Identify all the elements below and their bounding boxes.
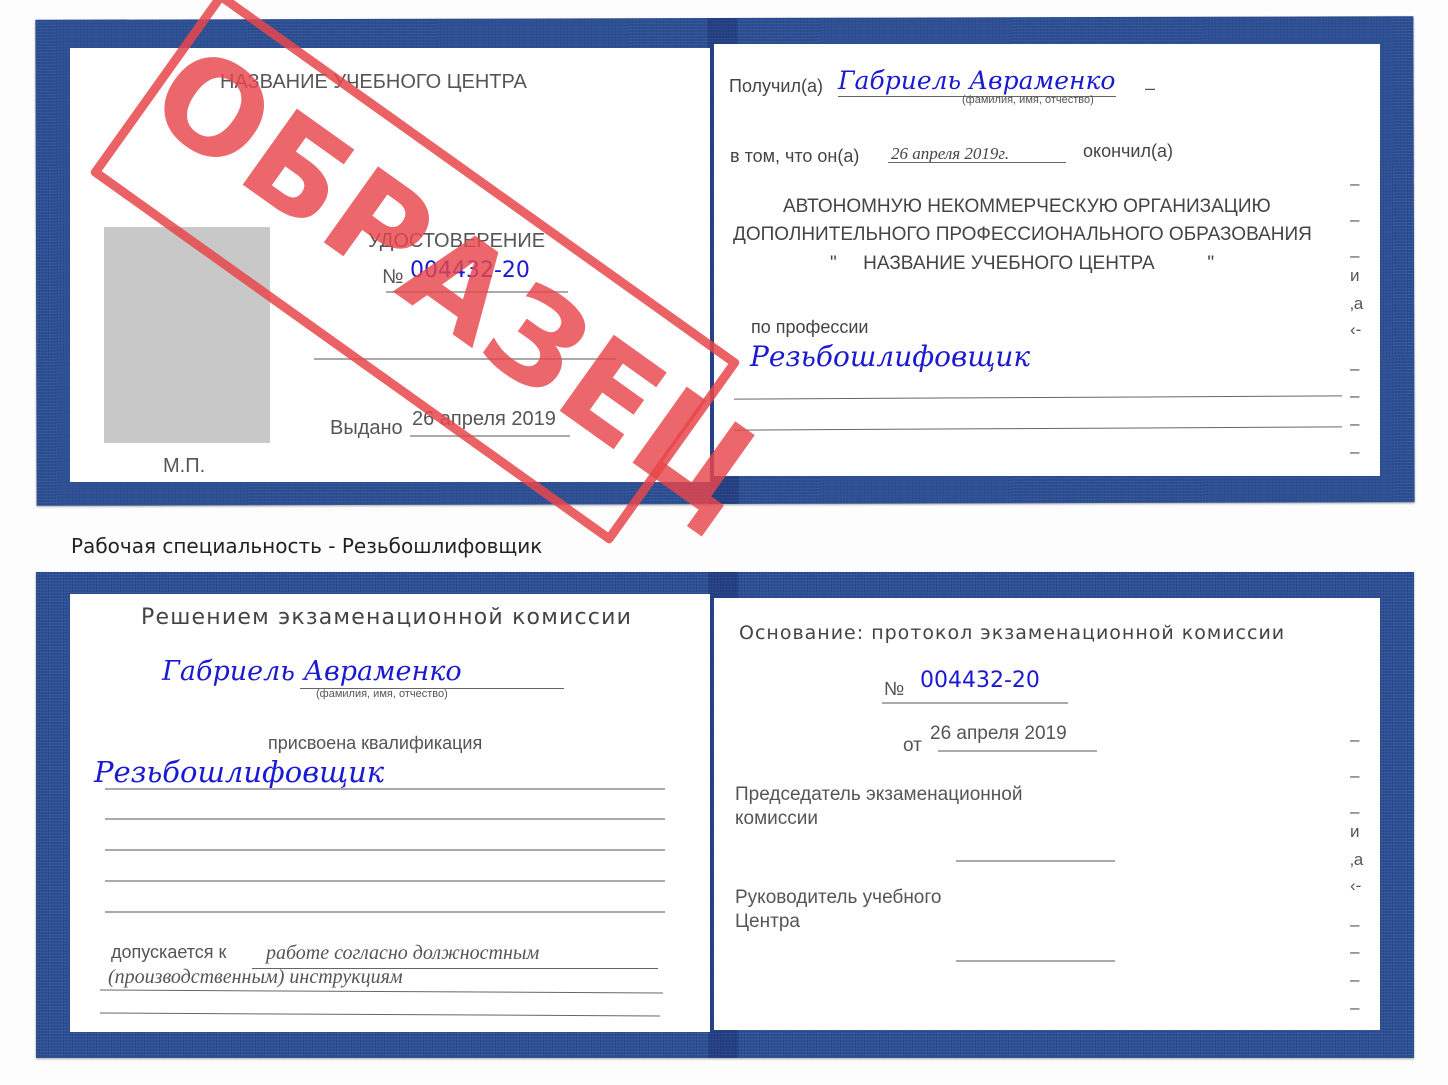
dash-mark: – — [1145, 78, 1155, 99]
protocol-number-underline — [882, 702, 1068, 704]
admitted-line-1: работе согласно должностным — [266, 942, 539, 965]
qualification-line-5 — [105, 911, 665, 913]
edge-mark: – — [1350, 414, 1359, 434]
edge-mark: ‚а — [1350, 294, 1363, 314]
edge-mark: и — [1350, 266, 1360, 286]
completed-label: окончил(а) — [1083, 141, 1173, 162]
protocol-date-label: от — [903, 735, 922, 757]
number-underline — [386, 291, 568, 293]
admitted-line-2: (производственным) инструкциям — [108, 966, 403, 989]
name-hint: (фамилия, имя, отчество) — [962, 94, 1094, 106]
blank-line — [314, 358, 616, 360]
qualification-line-3 — [105, 849, 665, 851]
decision-title: Решением экзаменационной комиссии — [141, 605, 632, 630]
head-label-2: Центра — [735, 911, 800, 933]
edge-mark: – — [1350, 915, 1359, 935]
organization-line-1: АВТОНОМНУЮ НЕКОММЕРЧЕСКУЮ ОРГАНИЗАЦИЮ — [783, 196, 1271, 218]
qualification-line-4 — [105, 880, 665, 882]
protocol-date: 26 апреля 2019 — [930, 723, 1067, 745]
edge-mark: – — [1350, 246, 1359, 266]
edge-mark: – — [1350, 802, 1359, 822]
edge-mark: ‹- — [1350, 320, 1361, 340]
edge-mark: ‹- — [1350, 876, 1361, 896]
basis-title: Основание: протокол экзаменационной коми… — [739, 622, 1285, 644]
chairman-label-2: комиссии — [735, 808, 818, 830]
issued-date: 26 апреля 2019 — [412, 408, 556, 431]
edge-mark: – — [1350, 442, 1359, 462]
head-signature-line — [956, 960, 1115, 962]
protocol-number: 004432-20 — [920, 668, 1040, 693]
edge-mark: и — [1350, 822, 1360, 842]
completion-date: 26 апреля 2019г. — [891, 144, 1009, 164]
edge-mark: – — [1350, 998, 1359, 1018]
qualification-line-1 — [105, 788, 665, 790]
edge-mark: – — [1350, 359, 1359, 379]
qualification-label: присвоена квалификация — [268, 733, 482, 754]
name-hint: (фамилия, имя, отчество) — [316, 688, 448, 700]
chairman-label-1: Председатель экзаменационной — [735, 784, 1022, 806]
profession-value: Резьбошлифовщик — [750, 340, 1030, 373]
number-label: № — [382, 266, 403, 289]
chairman-signature-line — [956, 860, 1115, 862]
protocol-date-underline — [938, 750, 1097, 752]
in-that-label: в том, что он(а) — [730, 146, 859, 167]
training-center-name: НАЗВАНИЕ УЧЕБНОГО ЦЕНТРА — [220, 71, 527, 94]
certificate-number: 004432-20 — [410, 258, 530, 283]
edge-mark: – — [1350, 942, 1359, 962]
edge-mark: – — [1350, 730, 1359, 750]
recipient-name: Габриель Авраменко — [162, 656, 462, 687]
specialty-caption: Рабочая специальность - Резьбошлифовщик — [71, 534, 542, 558]
edge-mark: – — [1350, 386, 1359, 406]
admitted-label: допускается к — [111, 942, 226, 963]
edge-mark: – — [1350, 970, 1359, 990]
recipient-name: Габриель Авраменко — [838, 66, 1115, 95]
edge-mark: – — [1350, 174, 1359, 194]
document-title: УДОСТОВЕРЕНИЕ — [368, 230, 545, 253]
protocol-number-label: № — [884, 679, 904, 701]
organization-line-3: " НАЗВАНИЕ УЧЕБНОГО ЦЕНТРА " — [830, 253, 1214, 275]
edge-mark: ‚а — [1350, 850, 1363, 870]
seal-label: М.П. — [163, 455, 205, 478]
organization-line-2: ДОПОЛНИТЕЛЬНОГО ПРОФЕССИОНАЛЬНОГО ОБРАЗО… — [733, 224, 1312, 246]
completion-underline — [888, 162, 1066, 163]
issued-underline — [410, 435, 570, 437]
head-label-1: Руководитель учебного — [735, 887, 941, 909]
received-label: Получил(а) — [729, 76, 823, 97]
qualification-value: Резьбошлифовщик — [94, 755, 384, 789]
photo-placeholder — [104, 227, 270, 443]
edge-mark: – — [1350, 766, 1359, 786]
issued-label: Выдано — [330, 417, 403, 440]
profession-label: по профессии — [751, 317, 868, 338]
qualification-line-2 — [105, 818, 665, 820]
edge-mark: – — [1350, 210, 1359, 230]
